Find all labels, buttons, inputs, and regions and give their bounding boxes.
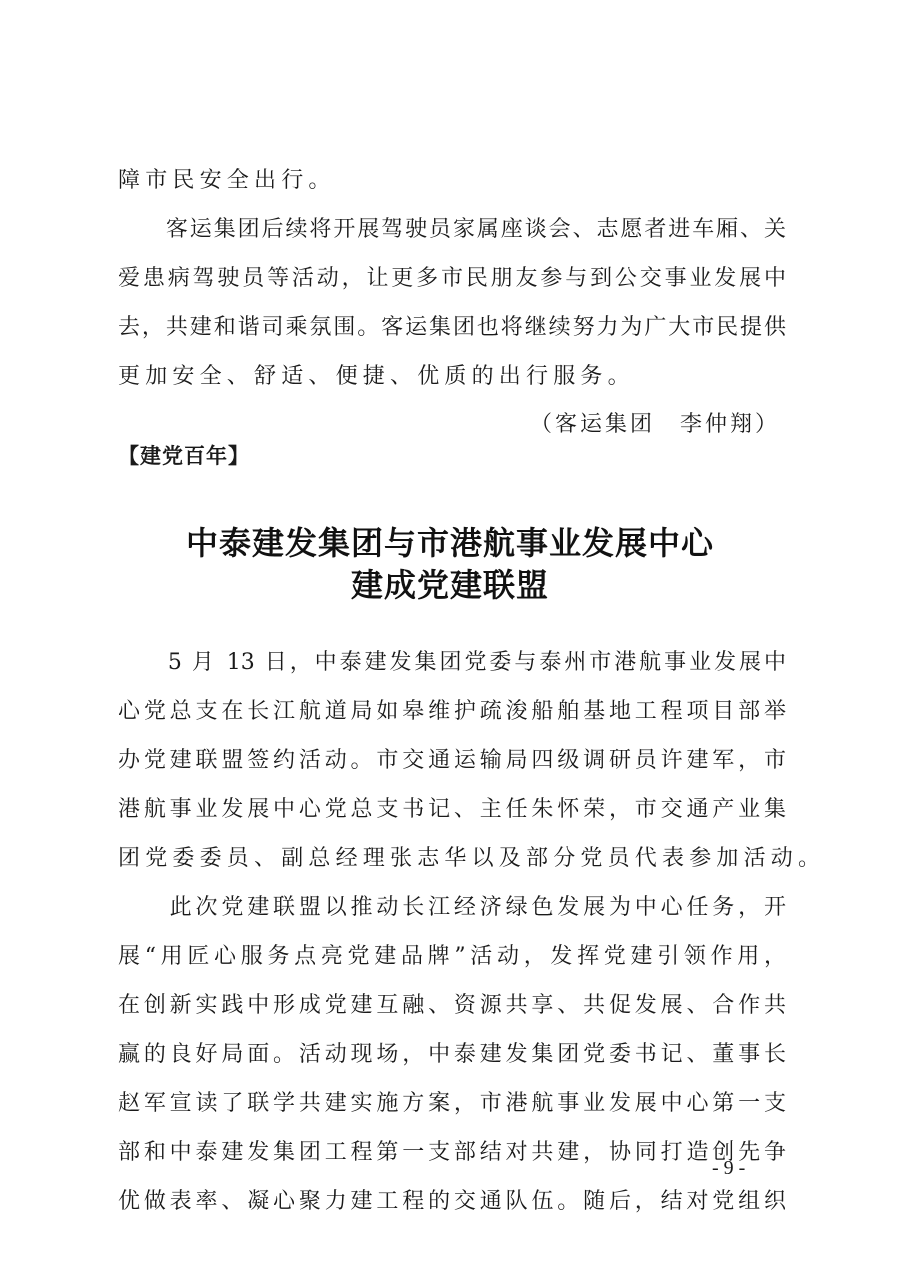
page-number: - 9 -	[712, 1157, 745, 1180]
byline: （客运集团 李仲翔）	[118, 364, 780, 394]
paragraph-line: 此次党建联盟以推动长江经济绿色发展为中心任务，开	[118, 893, 786, 923]
paragraph-line: 部和中泰建发集团工程第一支部结对共建，协同打造创先争	[118, 1138, 786, 1168]
paragraph-line: 港航事业发展中心党总支书记、主任朱怀荣，市交通产业集	[118, 795, 786, 825]
paragraph-line: 障市民安全出行。	[118, 166, 786, 196]
section-tag: 【建党百年】	[118, 440, 250, 470]
paragraph-line: 爱患病驾驶员等活动，让更多市民朋友参与到公交事业发展中	[118, 264, 786, 294]
paragraph-line: 办党建联盟签约活动。市交通运输局四级调研员许建军，市	[118, 746, 786, 776]
paragraph-line: 心党总支在长江航道局如皋维护疏浚船舶基地工程项目部举	[118, 697, 786, 727]
paragraph-line: 客运集团后续将开展驾驶员家属座谈会、志愿者进车厢、关	[118, 215, 786, 245]
paragraph-line: 在创新实践中形成党建互融、资源共享、共促发展、合作共	[118, 991, 786, 1021]
paragraph-line: 赵军宣读了联学共建实施方案，市港航事业发展中心第一支	[118, 1089, 786, 1119]
paragraph-line: 展“用匠心服务点亮党建品牌”活动，发挥党建引领作用，	[118, 942, 786, 972]
byline-text: （客运集团 李仲翔）	[530, 412, 780, 437]
paragraph-line: 赢的良好局面。活动现场，中泰建发集团党委书记、董事长	[118, 1040, 786, 1070]
article-title-line2: 建成党建联盟	[0, 560, 900, 606]
article-title-line1: 中泰建发集团与市港航事业发展中心	[0, 518, 900, 564]
paragraph-line: 去，共建和谐司乘氛围。客运集团也将继续努力为广大市民提供	[118, 313, 786, 343]
paragraph-line: 团党委委员、副总经理张志华以及部分党员代表参加活动。	[118, 844, 786, 874]
paragraph-line: 5 月 13 日，中泰建发集团党委与泰州市港航事业发展中	[118, 648, 786, 678]
paragraph-line: 优做表率、凝心聚力建工程的交通队伍。随后，结对党组织	[118, 1187, 786, 1217]
